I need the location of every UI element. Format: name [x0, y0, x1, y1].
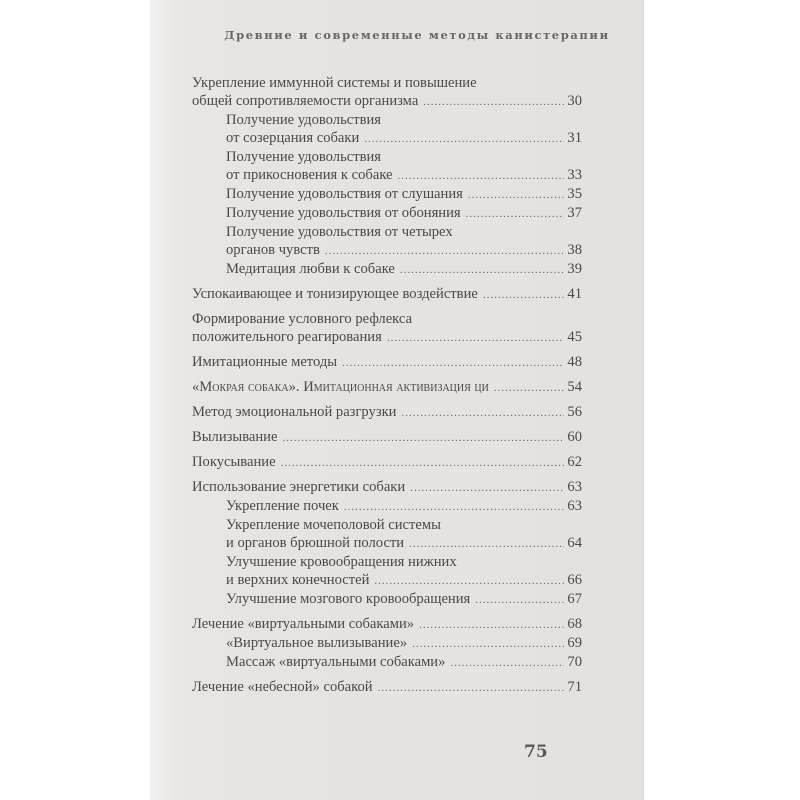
toc-entry: «Мокрая собака». Имитационная активизаци…: [192, 378, 582, 397]
toc-entry-title: Получение удовольствия: [226, 148, 381, 166]
toc-entry: Получение удовольствияот созерцания соба…: [192, 111, 582, 148]
toc-entry-line: Получение удовольствия от четырех: [226, 223, 582, 241]
table-of-contents: Укрепление иммунной системы и повышениео…: [192, 74, 582, 697]
dot-leader: [342, 354, 564, 372]
toc-entry-line: Получение удовольствия: [226, 148, 582, 166]
dot-leader: [475, 591, 564, 609]
toc-entry-line: «Виртуальное вылизывание»69: [226, 634, 582, 653]
toc-entry: Вылизывание60: [192, 428, 582, 447]
dot-leader: [281, 454, 564, 472]
toc-entry-title: Получение удовольствия от обоняния: [226, 204, 461, 222]
toc-entry-line: Получение удовольствия: [226, 111, 582, 129]
toc-entry-page: 45: [566, 328, 582, 346]
toc-entry-page: 35: [566, 185, 582, 203]
toc-entry-title: и верхних конечностей: [226, 571, 369, 589]
toc-entry-line: от прикосновения к собаке33: [226, 166, 582, 185]
toc-entry: Медитация любви к собаке39: [192, 260, 582, 279]
dot-leader: [282, 429, 564, 447]
toc-entry-page: 38: [566, 241, 582, 259]
dot-leader: [402, 404, 565, 422]
dot-leader: [468, 186, 564, 204]
running-head: Древние и современные методы канистерапи…: [150, 28, 644, 42]
toc-entry-title: и органов брюшной полости: [226, 534, 404, 552]
dot-leader: [344, 498, 564, 516]
dot-leader: [423, 93, 564, 111]
toc-entry-line: Укрепление почек63: [226, 497, 582, 516]
toc-entry-line: и верхних конечностей66: [226, 571, 582, 590]
dot-leader: [325, 242, 564, 260]
toc-entry-line: Массаж «виртуальными собаками»70: [226, 653, 582, 672]
dot-leader: [400, 261, 564, 279]
dot-leader: [419, 616, 564, 634]
toc-entry: Укрепление мочеполовой системыи органов …: [192, 516, 582, 553]
toc-entry-title: органов чувств: [226, 241, 320, 259]
toc-entry-title: Покусывание: [192, 453, 276, 471]
toc-entry-line: общей сопротивляемости организма30: [192, 92, 582, 111]
toc-entry-line: Покусывание62: [192, 453, 582, 472]
toc-entry-line: Укрепление мочеполовой системы: [226, 516, 582, 534]
toc-entry-title: Успокаивающее и тонизирующее воздействие: [192, 285, 478, 303]
toc-entry-line: Лечение «виртуальными собаками»68: [192, 615, 582, 634]
toc-entry-line: Вылизывание60: [192, 428, 582, 447]
toc-entry: «Виртуальное вылизывание»69: [192, 634, 582, 653]
toc-entry-line: Улучшение мозгового кровообращения67: [226, 590, 582, 609]
toc-entry: Получение удовольствияот прикосновения к…: [192, 148, 582, 185]
toc-entry-page: 60: [566, 428, 582, 446]
toc-entry-line: Улучшение кровообращения нижних: [226, 553, 582, 571]
toc-entry-title: Укрепление почек: [226, 497, 339, 515]
toc-entry: Имитационные методы48: [192, 353, 582, 372]
dot-leader: [387, 329, 564, 347]
toc-entry-page: 68: [566, 615, 582, 633]
toc-entry-title: общей сопротивляемости организма: [192, 92, 418, 110]
toc-entry-page: 63: [566, 478, 582, 496]
dot-leader: [466, 205, 564, 223]
toc-entry-line: и органов брюшной полости64: [226, 534, 582, 553]
toc-entry-title: Метод эмоциональной разгрузки: [192, 403, 397, 421]
dot-leader: [494, 379, 564, 397]
toc-entry-title: Укрепление иммунной системы и повышение: [192, 74, 477, 92]
dot-leader: [378, 679, 564, 697]
toc-entry-title: Укрепление мочеполовой системы: [226, 516, 441, 534]
toc-entry-line: Получение удовольствия от слушания35: [226, 185, 582, 204]
toc-entry-title: Формирование условного рефлекса: [192, 310, 412, 328]
dot-leader: [410, 479, 564, 497]
toc-entry-title: Получение удовольствия от слушания: [226, 185, 463, 203]
toc-entry: Покусывание62: [192, 453, 582, 472]
toc-entry-title: Вылизывание: [192, 428, 277, 446]
toc-entry-line: Метод эмоциональной разгрузки56: [192, 403, 582, 422]
dot-leader: [409, 535, 564, 553]
dot-leader: [364, 130, 564, 148]
toc-entry-title: Имитационные методы: [192, 353, 337, 371]
dot-leader: [412, 635, 564, 653]
toc-entry-title: «Мокрая собака». Имитационная активизаци…: [192, 378, 489, 396]
toc-entry-title: от прикосновения к собаке: [226, 166, 393, 184]
toc-entry: Улучшение кровообращения нижнихи верхних…: [192, 553, 582, 590]
toc-entry-title: Использование энергетики собаки: [192, 478, 405, 496]
toc-entry-title: Получение удовольствия от четырех: [226, 223, 453, 241]
toc-entry: Получение удовольствия от обоняния37: [192, 204, 582, 223]
toc-entry-title: Лечение «виртуальными собаками»: [192, 615, 414, 633]
toc-entry-line: Лечение «небесной» собакой71: [192, 678, 582, 697]
toc-entry-page: 70: [566, 653, 582, 671]
toc-entry: Лечение «небесной» собакой71: [192, 678, 582, 697]
toc-entry-page: 56: [566, 403, 582, 421]
toc-entry-line: Укрепление иммунной системы и повышение: [192, 74, 582, 92]
toc-entry-page: 63: [566, 497, 582, 515]
toc-entry: Улучшение мозгового кровообращения67: [192, 590, 582, 609]
toc-entry-line: положительного реагирования45: [192, 328, 582, 347]
toc-entry: Получение удовольствия от четырехорганов…: [192, 223, 582, 260]
toc-entry: Лечение «виртуальными собаками»68: [192, 615, 582, 634]
toc-entry-page: 71: [566, 678, 582, 696]
toc-entry-line: от созерцания собаки31: [226, 129, 582, 148]
toc-entry: Метод эмоциональной разгрузки56: [192, 403, 582, 422]
dot-leader: [398, 167, 564, 185]
toc-entry-line: органов чувств38: [226, 241, 582, 260]
toc-entry-title: Получение удовольствия: [226, 111, 381, 129]
toc-entry-title: Лечение «небесной» собакой: [192, 678, 373, 696]
toc-entry-title: Улучшение мозгового кровообращения: [226, 590, 470, 608]
toc-entry-title: «Виртуальное вылизывание»: [226, 634, 407, 652]
toc-entry-title: Медитация любви к собаке: [226, 260, 395, 278]
toc-entry: Получение удовольствия от слушания35: [192, 185, 582, 204]
toc-entry-page: 66: [566, 571, 582, 589]
toc-entry-page: 54: [566, 378, 582, 396]
toc-entry-page: 41: [566, 285, 582, 303]
toc-entry-title: от созерцания собаки: [226, 129, 359, 147]
book-page: Древние и современные методы канистерапи…: [150, 0, 644, 800]
toc-entry-page: 48: [566, 353, 582, 371]
toc-entry-page: 30: [566, 92, 582, 110]
toc-entry-page: 39: [566, 260, 582, 278]
dot-leader: [483, 286, 564, 304]
toc-entry: Формирование условного рефлексаположител…: [192, 310, 582, 347]
toc-entry-page: 64: [566, 534, 582, 552]
toc-entry-page: 67: [566, 590, 582, 608]
toc-entry: Укрепление иммунной системы и повышениео…: [192, 74, 582, 111]
toc-entry-line: Медитация любви к собаке39: [226, 260, 582, 279]
toc-entry-page: 62: [566, 453, 582, 471]
toc-entry: Массаж «виртуальными собаками»70: [192, 653, 582, 672]
dot-leader: [450, 654, 564, 672]
toc-entry-line: Формирование условного рефлекса: [192, 310, 582, 328]
toc-entry-line: Успокаивающее и тонизирующее воздействие…: [192, 285, 582, 304]
toc-entry-page: 33: [566, 166, 582, 184]
toc-entry: Успокаивающее и тонизирующее воздействие…: [192, 285, 582, 304]
toc-entry-page: 69: [566, 634, 582, 652]
toc-entry-title: положительного реагирования: [192, 328, 382, 346]
toc-entry-line: Получение удовольствия от обоняния37: [226, 204, 582, 223]
toc-entry-line: Имитационные методы48: [192, 353, 582, 372]
page-number: 75: [524, 742, 548, 762]
toc-entry-page: 37: [566, 204, 582, 222]
toc-entry: Использование энергетики собаки63: [192, 478, 582, 497]
dot-leader: [374, 572, 564, 590]
toc-entry-line: Использование энергетики собаки63: [192, 478, 582, 497]
toc-entry-line: «Мокрая собака». Имитационная активизаци…: [192, 378, 582, 397]
toc-entry-title: Массаж «виртуальными собаками»: [226, 653, 445, 671]
toc-entry: Укрепление почек63: [192, 497, 582, 516]
toc-entry-title: Улучшение кровообращения нижних: [226, 553, 457, 571]
toc-entry-page: 31: [566, 129, 582, 147]
